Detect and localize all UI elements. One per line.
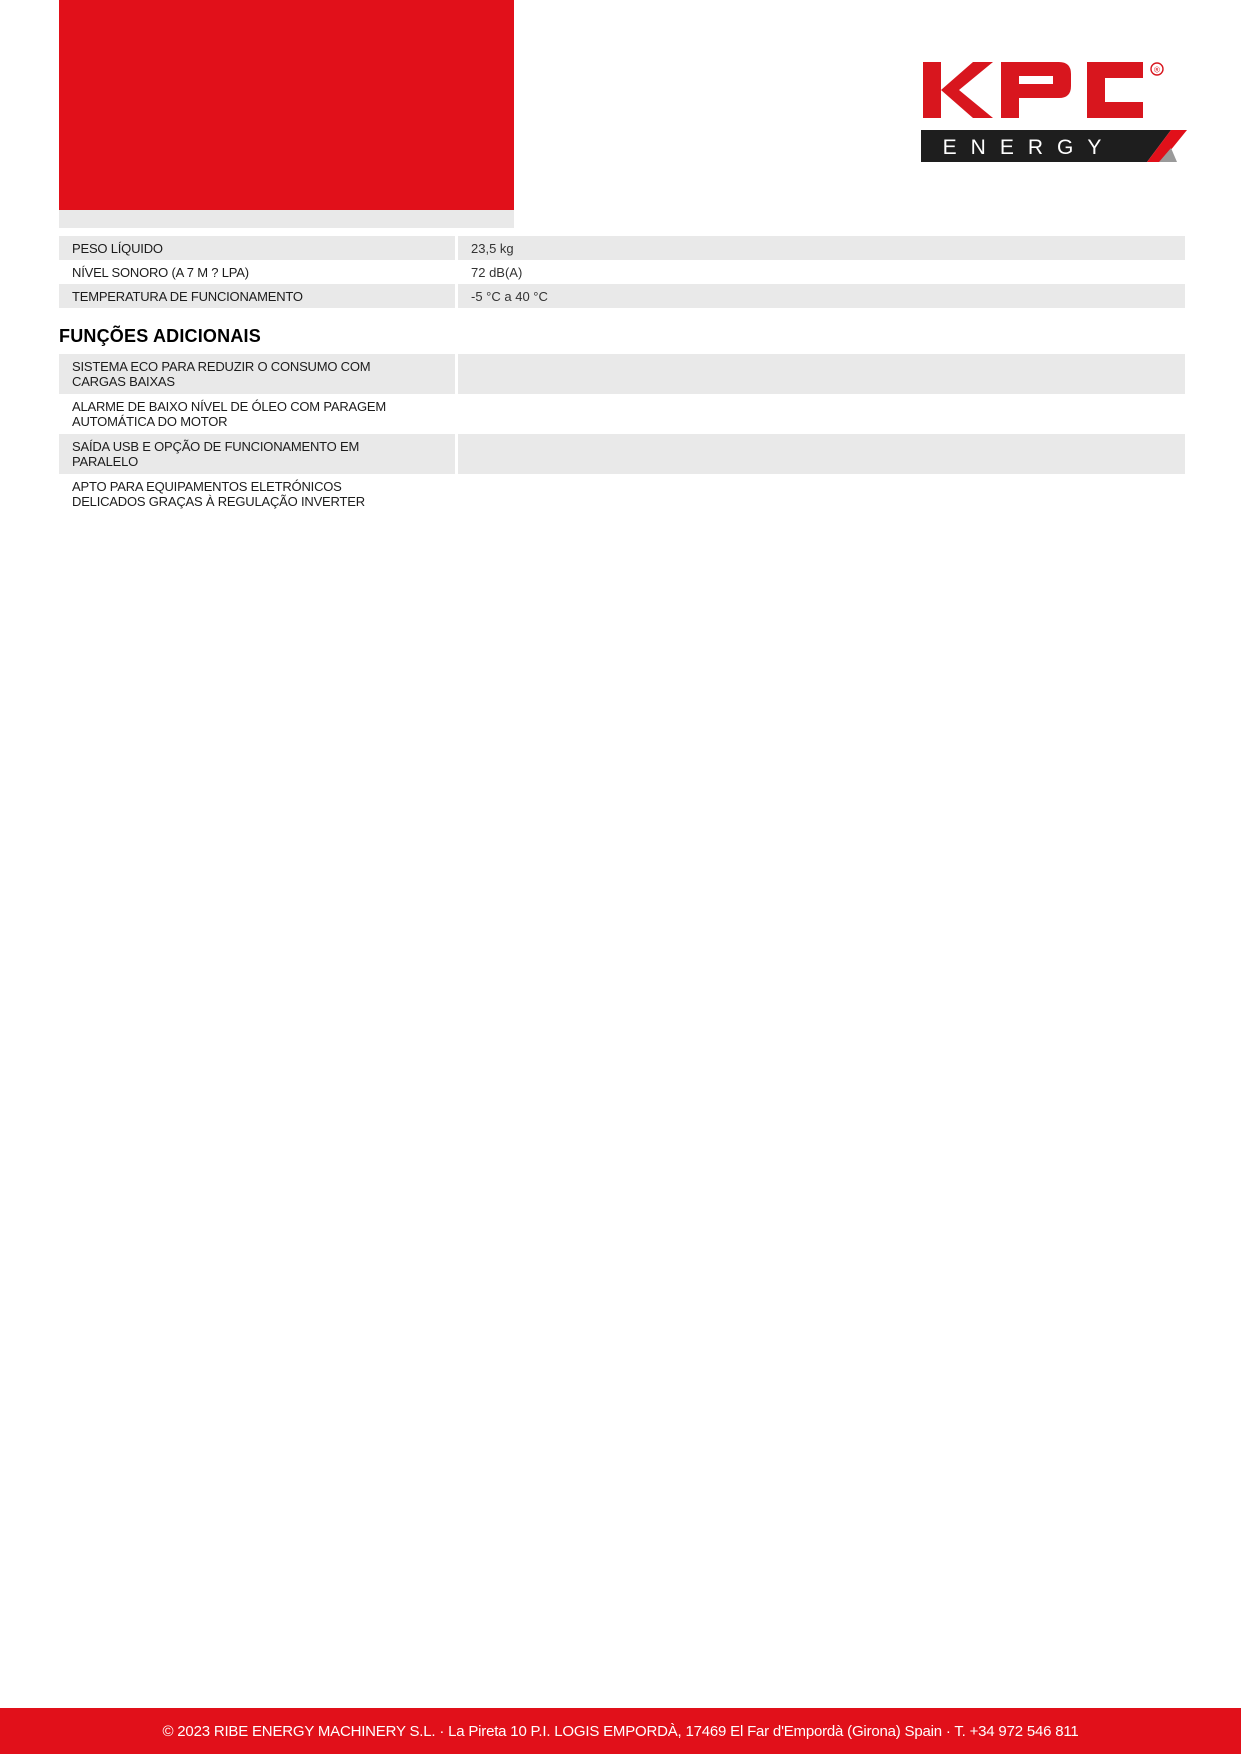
additional-functions-table: SISTEMA ECO PARA REDUZIR O CONSUMO COM C… [59, 354, 1185, 514]
spec-value: 23,5 kg [458, 236, 1185, 260]
function-row: APTO PARA EQUIPAMENTOS ELETRÓNICOS DELIC… [59, 474, 1185, 514]
function-value [458, 394, 1185, 434]
footer-text: © 2023 RIBE ENERGY MACHINERY S.L. · La P… [162, 1723, 1078, 1740]
function-label: ALARME DE BAIXO NÍVEL DE ÓLEO COM PARAGE… [59, 394, 455, 434]
section-title-additional-functions: FUNÇÕES ADICIONAIS [59, 326, 261, 347]
function-value [458, 474, 1185, 514]
kpc-logo-icon: ® ENERGY [921, 60, 1187, 164]
spec-row: TEMPERATURA DE FUNCIONAMENTO -5 °C a 40 … [59, 284, 1185, 308]
product-image-placeholder [59, 0, 514, 210]
function-row: SAÍDA USB E OPÇÃO DE FUNCIONAMENTO EM PA… [59, 434, 1185, 474]
spec-label: PESO LÍQUIDO [59, 236, 455, 260]
kpc-energy-logo: ® ENERGY [921, 60, 1187, 164]
specifications-table: PESO LÍQUIDO 23,5 kg NÍVEL SONORO (A 7 M… [59, 236, 1185, 308]
svg-text:®: ® [1154, 66, 1160, 75]
spec-row: NÍVEL SONORO (A 7 M ? LPA) 72 dB(A) [59, 260, 1185, 284]
function-label: SISTEMA ECO PARA REDUZIR O CONSUMO COM C… [59, 354, 455, 394]
spec-label: NÍVEL SONORO (A 7 M ? LPA) [59, 260, 455, 284]
spec-value: -5 °C a 40 °C [458, 284, 1185, 308]
spec-value: 72 dB(A) [458, 260, 1185, 284]
function-row: SISTEMA ECO PARA REDUZIR O CONSUMO COM C… [59, 354, 1185, 394]
function-row: ALARME DE BAIXO NÍVEL DE ÓLEO COM PARAGE… [59, 394, 1185, 434]
page-footer: © 2023 RIBE ENERGY MACHINERY S.L. · La P… [0, 1708, 1241, 1754]
spec-row: PESO LÍQUIDO 23,5 kg [59, 236, 1185, 260]
image-caption-bar [59, 210, 514, 228]
function-label: APTO PARA EQUIPAMENTOS ELETRÓNICOS DELIC… [59, 474, 455, 514]
function-value [458, 354, 1185, 394]
spec-label: TEMPERATURA DE FUNCIONAMENTO [59, 284, 455, 308]
function-label: SAÍDA USB E OPÇÃO DE FUNCIONAMENTO EM PA… [59, 434, 455, 474]
svg-text:ENERGY: ENERGY [943, 136, 1116, 159]
function-value [458, 434, 1185, 474]
